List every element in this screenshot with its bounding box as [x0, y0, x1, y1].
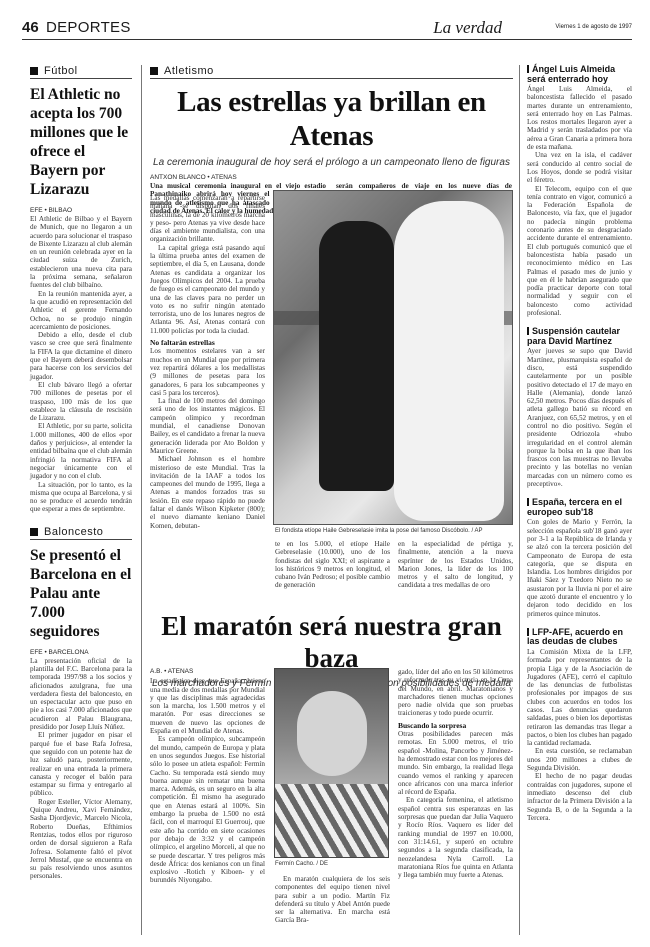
main-deck: La ceremonia inaugural de hoy será el pr… [150, 157, 513, 168]
byline: EFE • BILBAO [30, 207, 132, 214]
kicker-atletismo: Atletismo [150, 65, 513, 79]
article-body: El Athletic de Bilbao y el Bayern de Mun… [30, 215, 132, 514]
page-number: 46 [22, 19, 39, 36]
square-bullet-icon [30, 67, 38, 75]
main-story-column-1: Las medallas comenzarán a repartirse mañ… [150, 194, 265, 530]
kicker-futbol: Fútbol [30, 65, 132, 79]
second-story-column-3: gado, líder del año en los 50 kilómetros… [398, 668, 513, 879]
article-body: La presentación oficial de la plantilla … [30, 657, 132, 881]
briefs-column: Ángel Luis Almeida será enterrado hoy Án… [527, 65, 632, 832]
subhead: Buscando la sorpresa [398, 722, 513, 730]
main-story-column-2: te en los 5.000, el etíope Haile Gebrese… [275, 540, 390, 590]
square-bullet-icon [30, 528, 38, 536]
column-divider [519, 65, 520, 935]
photo-caption: El fondista etíope Haile Gebreselasie im… [275, 528, 515, 534]
subhead: No faltarán estrellas [150, 339, 265, 347]
brief-almeida: Ángel Luis Almeida será enterrado hoy Án… [527, 65, 632, 317]
brief-marker-icon [527, 327, 529, 335]
photo-caption: Fermín Cacho. / DE [275, 861, 390, 867]
byline: A.B. • ATENAS [150, 668, 265, 676]
main-story-column-3: en la especialidad de pértiga y, finalme… [398, 540, 513, 590]
brief-marker-icon [527, 65, 529, 73]
byline: EFE • BARCELONA [30, 649, 132, 656]
brief-marker-icon [527, 628, 529, 636]
runner-figure [319, 221, 394, 491]
issue-date: Viernes 1 de agosto de 1997 [555, 24, 632, 30]
photo-gebreselasie [273, 190, 513, 525]
second-story-column-1: A.B. • ATENAS La estadística dice que Es… [150, 668, 265, 885]
brief-lfp-afe: LFP-AFE, acuerdo en las deudas de clubes… [527, 628, 632, 822]
newspaper-page: 46 DEPORTES La verdad Viernes 1 de agost… [0, 0, 650, 947]
column-divider [141, 65, 142, 935]
page-header: 46 DEPORTES La verdad Viernes 1 de agost… [22, 18, 632, 40]
square-bullet-icon [150, 67, 158, 75]
section-title: DEPORTES [46, 19, 131, 36]
statue-figure [394, 201, 504, 521]
byline: ANTXON BLANCO • ATENAS [150, 174, 513, 181]
kicker-baloncesto: Baloncesto [30, 526, 132, 540]
second-headline: El maratón será nuestra gran baza [150, 610, 513, 674]
left-column: Fútbol El Athletic no acepta los 700 mil… [30, 65, 132, 881]
brief-marker-icon [527, 498, 529, 506]
headline-athletic: El Athletic no acepta los 700 millones q… [30, 85, 132, 199]
second-story-column-2: En maratón cualquiera de los seis compon… [275, 875, 390, 925]
photo-fermin-cacho [274, 668, 389, 858]
brief-martinez: Suspensión cautelar para David Martínez … [527, 327, 632, 488]
brief-sub18: España, tercera en el europeo sub'18 Con… [527, 498, 632, 618]
headline-barcelona: Se presentó el Barcelona en el Palau ant… [30, 546, 132, 641]
main-headline: Las estrellas ya brillan en Atenas [150, 85, 513, 153]
newspaper-logo: La verdad [433, 18, 502, 38]
